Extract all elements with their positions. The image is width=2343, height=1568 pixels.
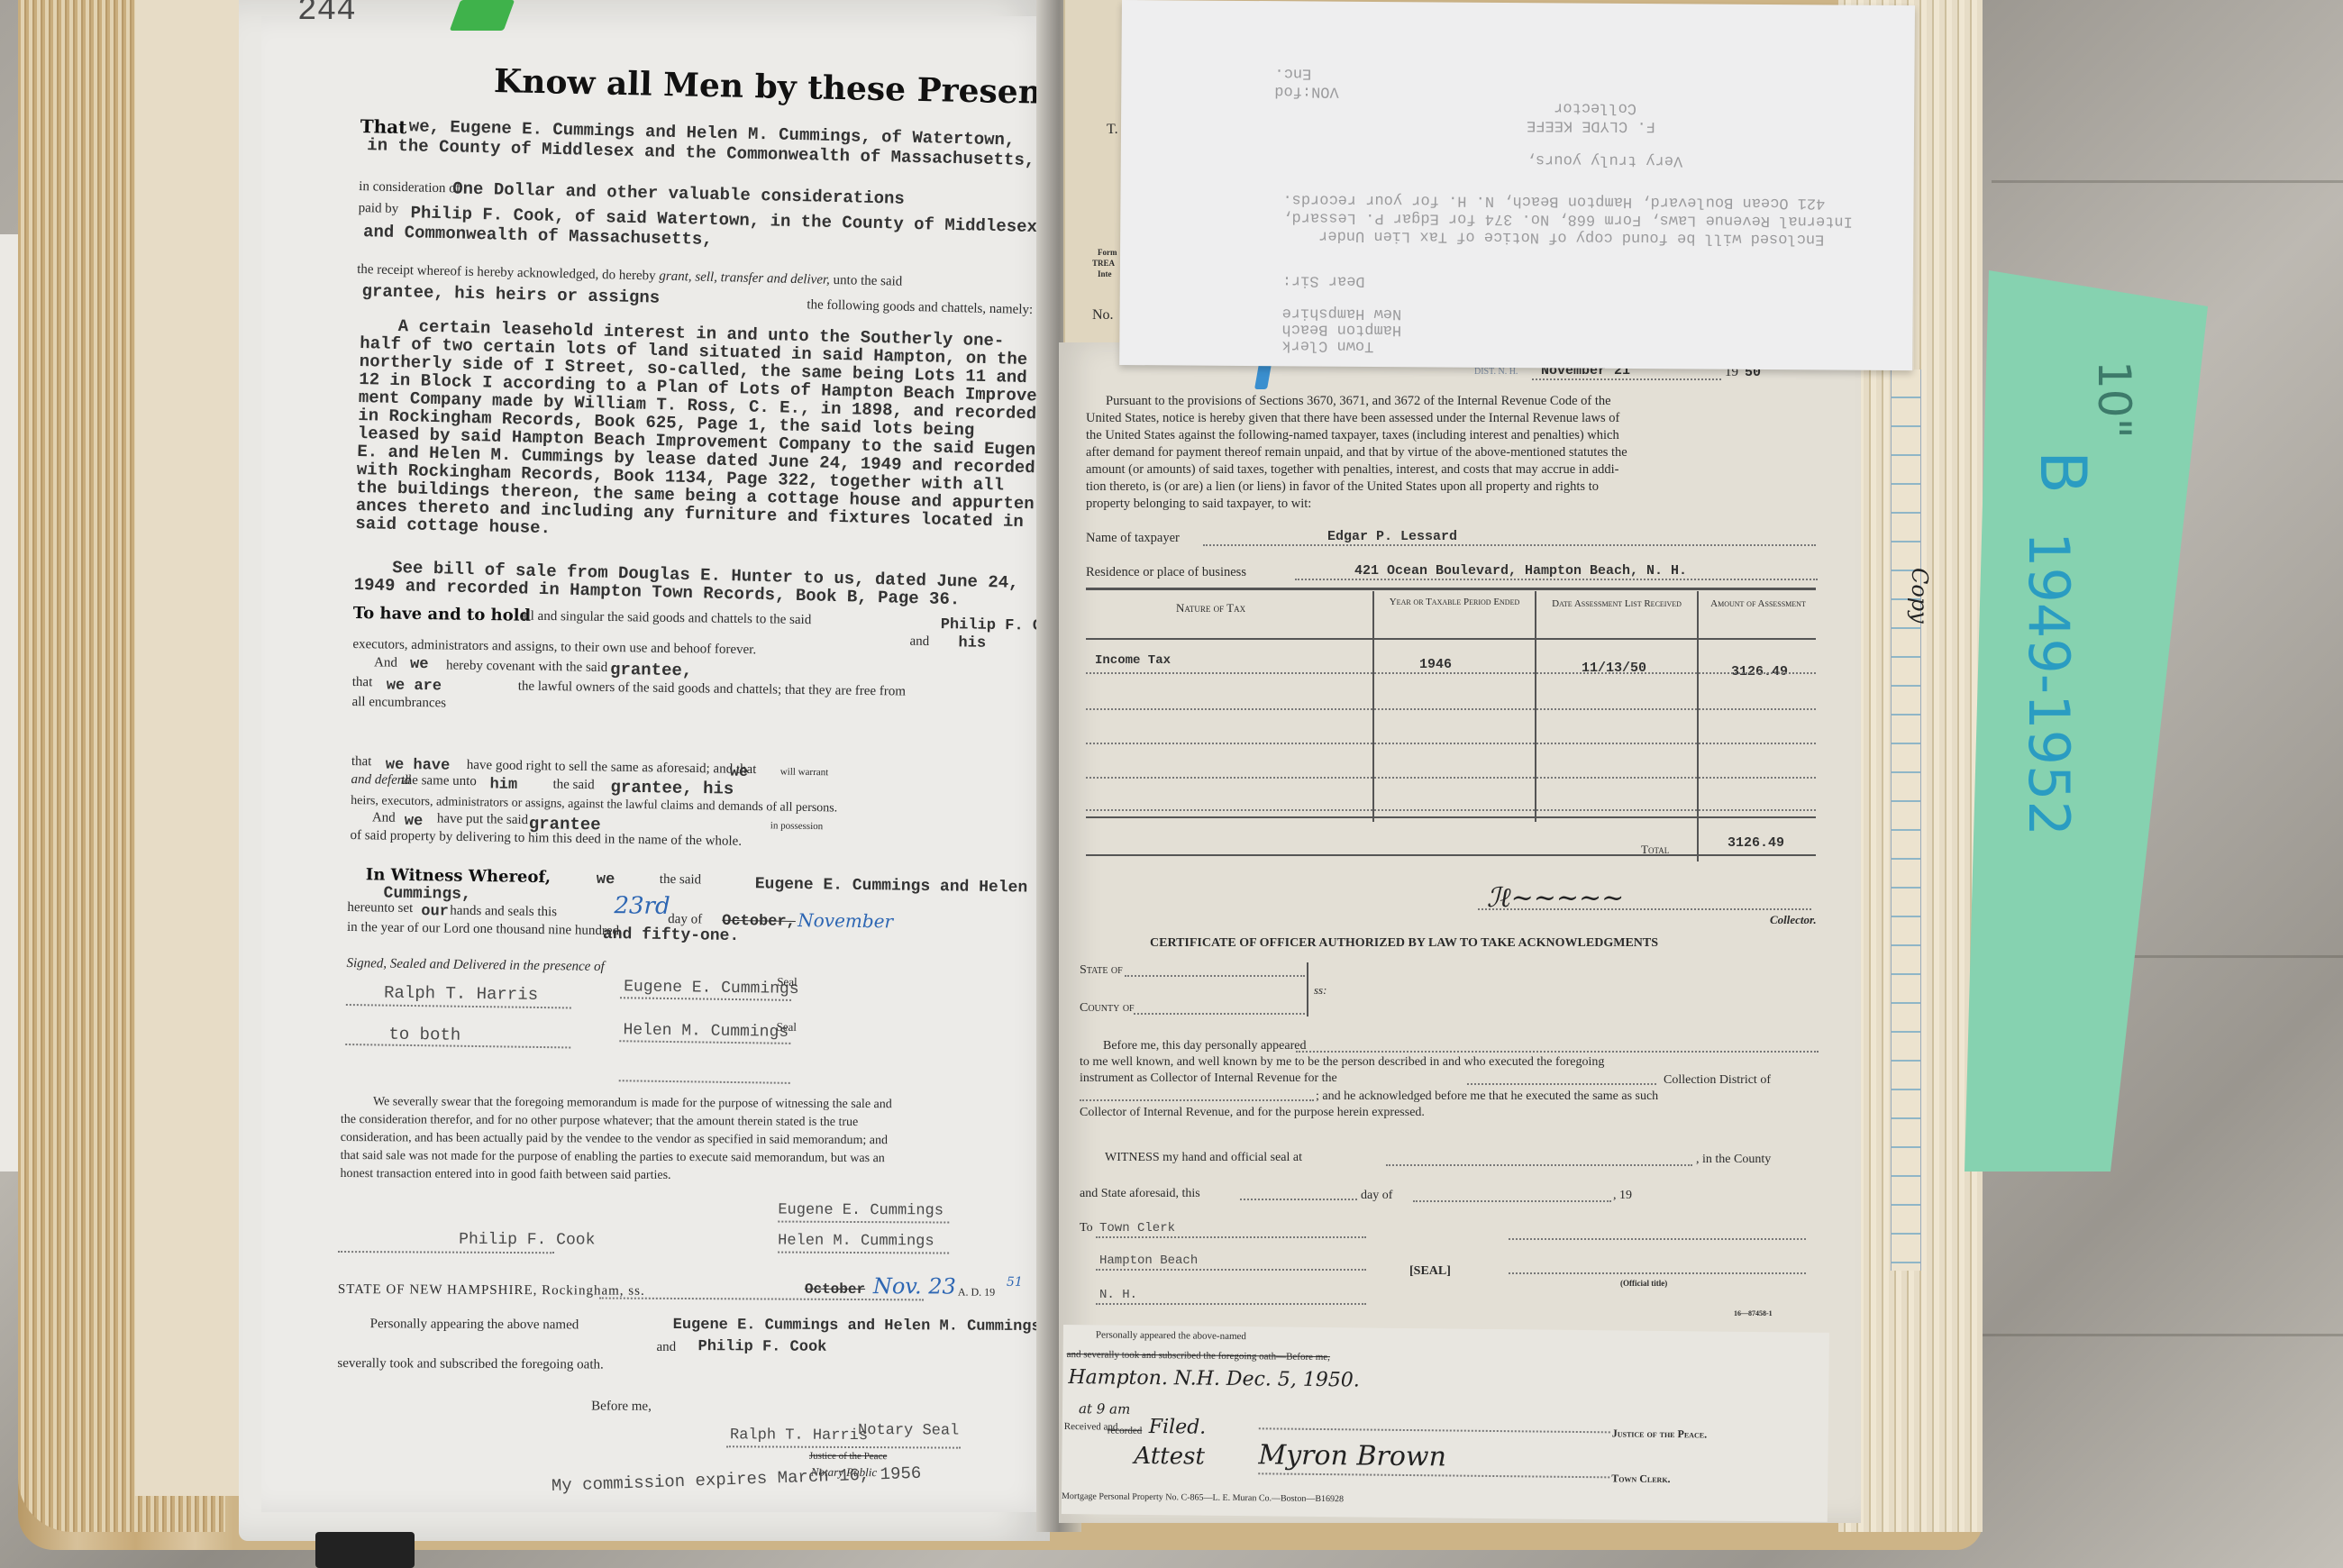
oath-line: honest transaction entered into in good … — [341, 1168, 671, 1182]
table-top-border — [1086, 588, 1816, 590]
will-warrant: will warrant — [780, 767, 829, 778]
hands-seals: hands and seals this — [450, 905, 557, 920]
state-line: STATE OF NEW HAMPSHIRE, Rockingham, ss. — [338, 1283, 645, 1299]
witness-line: WITNESS my hand and official seal at — [1105, 1152, 1302, 1164]
recorded-struck: recorded — [1108, 1427, 1143, 1436]
district-line — [1467, 1083, 1656, 1085]
to-both: to both — [388, 1026, 460, 1044]
notice-line: United States, notice is hereby given th… — [1086, 412, 1619, 425]
letter-line: Town Clerk — [1281, 336, 1373, 354]
certificate-title: CERTIFICATE OF OFFICER AUTHORIZED BY LAW… — [1150, 937, 1658, 950]
residence-value: 421 Ocean Boulevard, Hampton Beach, N. H… — [1354, 564, 1687, 578]
paid-by-label: paid by — [359, 202, 399, 216]
day-line — [1240, 1199, 1357, 1200]
month-handwritten: November — [798, 911, 893, 930]
severally-took: and severally took and subscribed the fo… — [1067, 1350, 1330, 1363]
we-have: we have — [386, 758, 451, 774]
put-we: we — [405, 814, 424, 829]
state-abbr-line — [1096, 1303, 1366, 1305]
residence-line — [1295, 579, 1818, 580]
official-line-1 — [1509, 1238, 1806, 1240]
attest-hand: Attest — [1134, 1445, 1205, 1469]
clerk-signature: Myron Brown — [1258, 1442, 1446, 1471]
margin-note-copy: Copy — [1909, 568, 1930, 624]
row-line — [1086, 672, 1816, 674]
personally-and: and — [657, 1341, 677, 1354]
tab-label-size: 10" — [2088, 360, 2140, 439]
floor-seam — [1992, 180, 2343, 183]
header-nature: Nature of Tax — [1176, 602, 1245, 614]
letter-line: VON:fod — [1274, 82, 1339, 99]
under-label-trea: TREA — [1092, 260, 1115, 268]
before-me: Before me, — [591, 1399, 652, 1413]
we: we — [730, 765, 749, 780]
recording-section: Personally appeared the above-named and … — [1062, 1325, 1829, 1522]
state-abbr: N. H. — [1099, 1289, 1137, 1301]
row-line — [1086, 708, 1816, 710]
loose-sheet-edge — [0, 234, 20, 1171]
hand-time: at 9 am — [1079, 1402, 1130, 1417]
row-line — [1086, 809, 1816, 811]
notary-seal: Notary Seal — [858, 1423, 959, 1439]
letter-line: Very truly yours, — [1527, 150, 1683, 169]
hand-location: Hampton. N.H. Dec. 5, 1950. — [1068, 1368, 1360, 1390]
witness-place-line — [1386, 1164, 1692, 1166]
tab-label-letter: B — [2026, 451, 2100, 494]
town-clerk-label: Town Clerk. — [1611, 1472, 1670, 1484]
before-me-line: instrument as Collector of Internal Reve… — [1080, 1072, 1337, 1085]
notice-line: amount (or amounts) of said taxes, toget… — [1086, 463, 1619, 477]
personally-names: Eugene E. Cummings and Helen M. Cummings — [673, 1317, 1041, 1335]
state-date-hand: Nov. 23 — [873, 1275, 956, 1297]
filed-hand: Filed. — [1149, 1418, 1207, 1438]
notary-signature: Ralph T. Harris — [730, 1427, 868, 1444]
day-of: day of — [1361, 1190, 1392, 1202]
floor-seam — [1983, 1334, 2343, 1336]
under-label-no: No. — [1092, 308, 1114, 323]
before-me-line: Collector of Internal Revenue, and for t… — [1080, 1107, 1425, 1119]
letter-line: New Hampshire — [1282, 304, 1402, 322]
official-title: (Official title) — [1620, 1280, 1667, 1288]
put-and: And — [372, 811, 396, 825]
defend-text: the same unto — [401, 774, 477, 789]
state-aforesaid: and State aforesaid, this — [1080, 1188, 1200, 1200]
personally-appeared: Personally appeared the above-named — [1096, 1330, 1246, 1342]
ss-bracket — [1307, 962, 1308, 1016]
county-of-label: County of — [1080, 1002, 1135, 1015]
personally-label: Personally appearing the above named — [370, 1317, 579, 1332]
under-label-t: T. — [1107, 123, 1118, 137]
letter-line: Enclosed will be found copy of Notice of… — [1318, 227, 1824, 248]
witness-lead: In Witness Whereof, — [366, 867, 551, 886]
desc-line: said cottage house. — [355, 515, 551, 537]
took-oath: severally took and subscribed the forego… — [337, 1357, 603, 1372]
ad-year: 51 — [1007, 1276, 1023, 1289]
town-clerk-line — [1258, 1472, 1609, 1478]
row-line — [1086, 777, 1816, 779]
oath-line: the consideration therefor, and for no o… — [341, 1114, 858, 1129]
covenant-grantee: grantee, — [610, 661, 692, 679]
to-line — [1096, 1236, 1366, 1238]
day-handwritten: 23rd — [614, 894, 670, 918]
grid-paper-strip — [1891, 369, 1921, 1271]
struck-justice: Justice of the Peace — [809, 1452, 887, 1462]
green-index-tab — [1965, 270, 2208, 1171]
under-label-inte: Inte — [1098, 270, 1112, 278]
state-of-label: State of — [1080, 964, 1123, 977]
grantor-signature-1: Eugene E. Cummings — [624, 979, 799, 998]
row-line — [1086, 743, 1816, 744]
seal-1: Seal — [777, 976, 798, 988]
seal-2: Seal — [776, 1021, 797, 1033]
total-bottom-border — [1086, 854, 1816, 856]
county-of-line — [1134, 1013, 1305, 1015]
carbon-copy-letter: Enc. VON:fod Collector F. CLYDE KEEFE Ve… — [1119, 0, 1915, 370]
header-bottom — [1086, 638, 1816, 640]
page-edges-left-inner — [135, 0, 245, 1496]
in-the-county: , in the County — [1696, 1153, 1771, 1166]
habendum-and: and — [909, 635, 929, 649]
collector-label: Collector. — [1770, 914, 1817, 925]
total-value: 3126.49 — [1728, 836, 1784, 850]
taxpayer-label: Name of taxpayer — [1086, 532, 1180, 545]
col-divider — [1372, 591, 1374, 822]
letter-line: Collector — [1554, 98, 1636, 116]
that-label: that — [352, 676, 373, 689]
header-amount: Amount of Assessment — [1704, 598, 1812, 610]
that-label: that — [351, 755, 372, 769]
notice-line: tion thereto, is (or are) a lien (or lie… — [1086, 480, 1599, 494]
form-footer: Mortgage Personal Property No. C-865—L. … — [1062, 1492, 1344, 1504]
header-date: Date Assessment List Received — [1540, 598, 1693, 610]
month-line — [1413, 1200, 1611, 1202]
before-me-line: to me well known, and well known by me t… — [1080, 1056, 1604, 1069]
page-number: 244 — [297, 0, 356, 27]
in-possession: in possession — [770, 821, 824, 832]
encumbrances: all encumbrances — [351, 696, 446, 710]
letter-line: F. CLYDE KEEFE — [1527, 116, 1655, 134]
oath-signature-buyer: Philip F. Cook — [459, 1232, 595, 1249]
date-line — [1532, 378, 1721, 380]
district-of-line — [1080, 1099, 1314, 1101]
to-label: To — [1080, 1222, 1093, 1235]
before-me-line: ; and he acknowledged before me that he … — [1316, 1090, 1658, 1103]
town-line — [1096, 1269, 1366, 1271]
oath-signature-1: Eugene E. Cummings — [778, 1203, 944, 1219]
put-text: have put the said — [437, 813, 528, 828]
the-said: the said — [552, 779, 594, 793]
consideration-label: in consideration of — [359, 180, 460, 196]
that-lead: That — [360, 117, 407, 136]
notice-line: the United States against the following-… — [1086, 429, 1619, 442]
district: DIST. N. H. — [1474, 368, 1518, 377]
justice-line — [1259, 1427, 1610, 1433]
covenant-we: we — [410, 657, 429, 672]
header-year: Year or Taxable Period Ended — [1380, 597, 1529, 608]
habendum-his: his — [958, 635, 986, 651]
tax-table: Nature of Tax Year or Taxable Period End… — [1086, 588, 1816, 831]
state-of-line — [1125, 975, 1305, 977]
receipt-tail: unto the said — [833, 273, 902, 289]
nineteen: , 19 — [1613, 1190, 1632, 1202]
state-month-struck: October — [805, 1282, 865, 1297]
covenant-text: hereby covenant with the said — [446, 659, 607, 674]
notice-line: after demand for payment thereof remain … — [1086, 446, 1627, 460]
before-me-line: Before me, this day personally appeared — [1103, 1040, 1306, 1053]
habendum-lead: To have and to hold — [353, 606, 531, 624]
col-divider — [1697, 591, 1699, 861]
binder-clip — [315, 1532, 415, 1568]
we-are: we are — [387, 679, 442, 695]
justice-label: Justice of the Peace. — [1612, 1427, 1707, 1439]
personally-cook: Philip F. Cook — [698, 1339, 827, 1355]
oath-signature-2: Helen M. Cummings — [778, 1234, 934, 1250]
table-bottom-border — [1086, 816, 1816, 818]
form-number: 16—87458-1 — [1734, 1310, 1773, 1317]
appeared-line — [1296, 1051, 1819, 1053]
before-me-line: Collection District of — [1664, 1074, 1771, 1087]
year-typed: and fifty-one. — [603, 926, 739, 944]
official-title-line — [1509, 1272, 1806, 1274]
hereunto: hereunto set — [347, 901, 413, 916]
witness-signature: Ralph T. Harris — [384, 985, 538, 1004]
grantee-his: grantee, his — [610, 779, 734, 798]
covenant-and: And — [374, 656, 397, 670]
notice-line: property belonging to said taxpayer, to … — [1086, 497, 1311, 511]
green-paper-clip — [450, 0, 515, 31]
grantor-signature-2: Helen M. Cummings — [623, 1022, 789, 1041]
ad-label: A. D. 19 — [958, 1287, 995, 1298]
him: him — [489, 777, 517, 792]
seal-label: [SEAL] — [1409, 1265, 1451, 1278]
to-value: Town Clerk — [1099, 1222, 1175, 1235]
taxpayer-value: Edgar P. Lessard — [1327, 530, 1457, 543]
under-label-form: Form — [1098, 249, 1117, 257]
letter-line: Dear Sir: — [1282, 271, 1365, 289]
oath-line: We severally swear that the foregoing me… — [373, 1096, 892, 1111]
day-of: day of — [668, 913, 702, 927]
cell-nature: Income Tax — [1095, 654, 1171, 667]
letter-line: Hampton Beach — [1281, 320, 1401, 338]
taxpayer-line — [1203, 544, 1816, 546]
ss-label: ss: — [1314, 984, 1326, 996]
witness-said: the said — [660, 873, 701, 888]
witness-names: Eugene E. Cummings and Helen M. — [755, 876, 1057, 897]
notice-line: Pursuant to the provisions of Sections 3… — [1106, 395, 1611, 408]
residence-label: Residence or place of business — [1086, 566, 1246, 579]
letter-line: Enc. — [1274, 64, 1311, 81]
tab-label-years: 1949-1952 — [2016, 532, 2082, 836]
collector-line — [1478, 908, 1811, 910]
cell-year: 1946 — [1419, 658, 1452, 671]
witness-we: we — [597, 872, 615, 888]
town-value: Hampton Beach — [1099, 1254, 1198, 1267]
col-divider — [1535, 591, 1536, 822]
our: our — [421, 904, 449, 919]
